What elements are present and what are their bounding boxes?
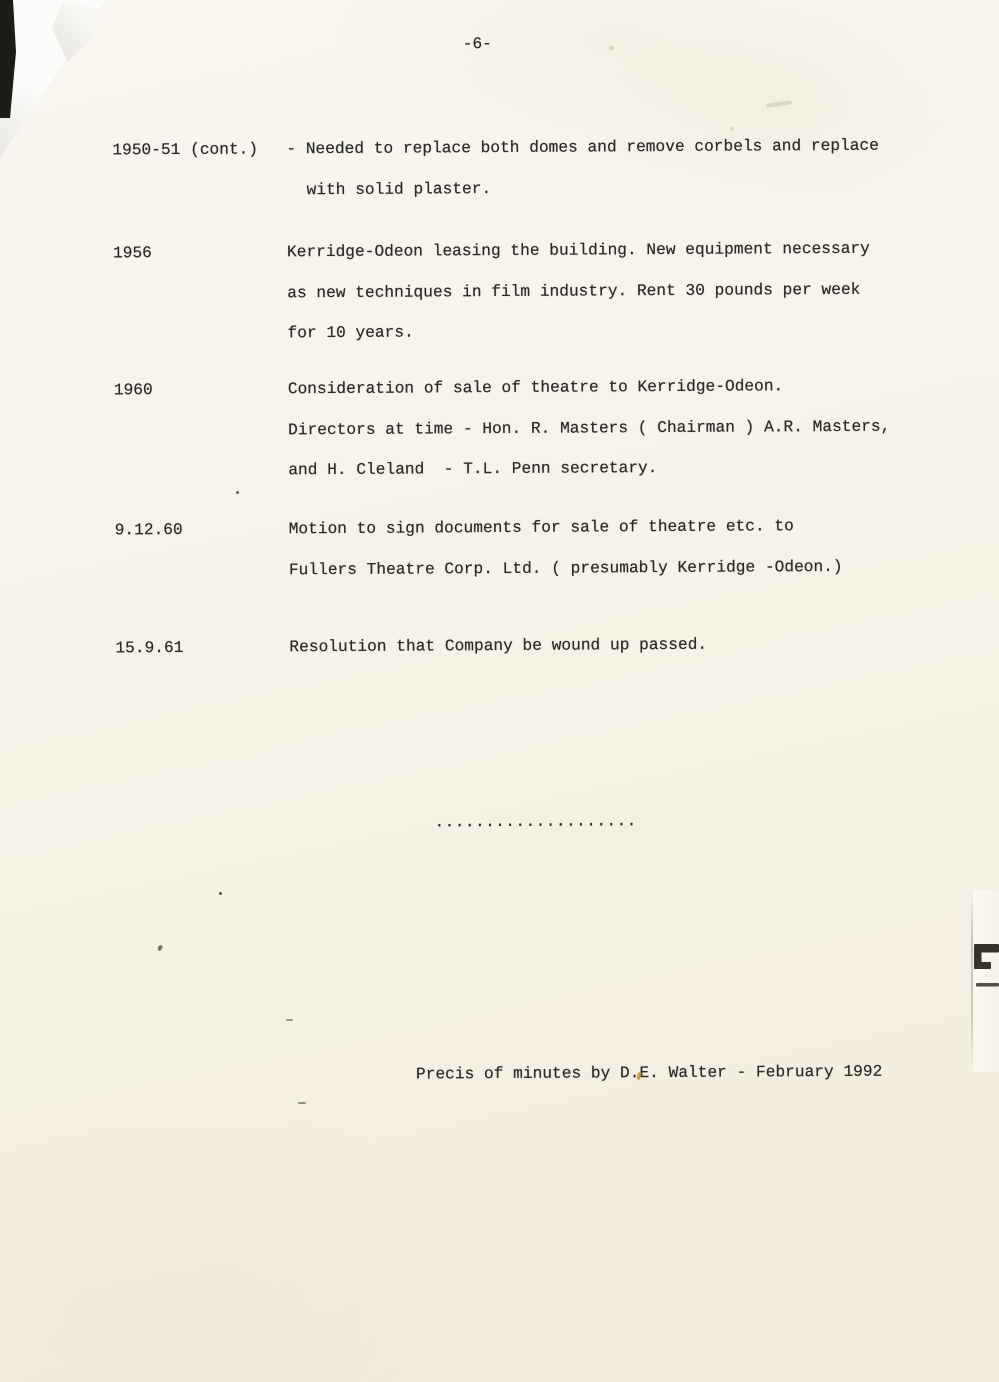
scanned-document-page: -6- 1950-51 (cont.) - Needed to replace … — [0, 0, 999, 1382]
scan-speck — [219, 892, 222, 895]
entry-line: Directors at time - Hon. R. Masters ( Ch… — [288, 406, 968, 451]
scan-speck — [236, 491, 239, 494]
entry-date: 9.12.60 — [115, 510, 183, 551]
typed-content: -6- 1950-51 (cont.) - Needed to replace … — [0, 0, 999, 1382]
minutes-entry: 1950-51 (cont.) - Needed to replace both… — [0, 125, 996, 131]
entry-line: with solid plaster. — [286, 166, 966, 211]
entry-date: 1956 — [113, 233, 152, 274]
page-number: -6- — [463, 24, 492, 64]
scan-speck — [730, 127, 734, 131]
entry-date: 1950-51 (cont.) — [112, 129, 258, 170]
scan-speck — [609, 46, 614, 50]
entry-line: - Needed to replace both domes and remov… — [286, 125, 966, 170]
entry-text: Resolution that Company be wound up pass… — [289, 623, 969, 668]
minutes-entry: 1960 Consideration of sale of theatre to… — [0, 365, 998, 371]
entry-line: Kerridge-Odeon leasing the building. New… — [287, 228, 967, 273]
entry-text: - Needed to replace both domes and remov… — [286, 125, 966, 210]
entry-line: Resolution that Company be wound up pass… — [289, 623, 969, 668]
entry-line: for 10 years. — [287, 309, 967, 354]
entry-line: and H. Cleland - T.L. Penn secretary. — [288, 446, 968, 491]
minutes-entry: 1956 Kerridge-Odeon leasing the building… — [0, 228, 997, 234]
entry-date: 1960 — [114, 370, 153, 411]
dotted-divider: .................... — [434, 801, 637, 842]
entry-line: as new techniques in film industry. Rent… — [287, 269, 967, 314]
minutes-entry: 15.9.61 Resolution that Company be wound… — [0, 623, 999, 629]
entry-date: 15.9.61 — [115, 628, 183, 669]
entry-text: Consideration of sale of theatre to Kerr… — [288, 365, 969, 491]
entry-text: Motion to sign documents for sale of the… — [289, 505, 969, 590]
footer-attribution: Precis of minutes by D.E. Walter - Febru… — [416, 1052, 883, 1095]
entry-line: Fullers Theatre Corp. Ltd. ( presumably … — [289, 546, 969, 591]
minutes-entry: 9.12.60 Motion to sign documents for sal… — [0, 505, 999, 511]
scan-speck — [286, 1019, 293, 1021]
scan-speck — [298, 1102, 306, 1104]
entry-line: Motion to sign documents for sale of the… — [289, 505, 969, 550]
entry-text: Kerridge-Odeon leasing the building. New… — [287, 228, 968, 354]
clip-scan-artifact — [955, 935, 999, 995]
entry-line: Consideration of sale of theatre to Kerr… — [288, 365, 968, 410]
